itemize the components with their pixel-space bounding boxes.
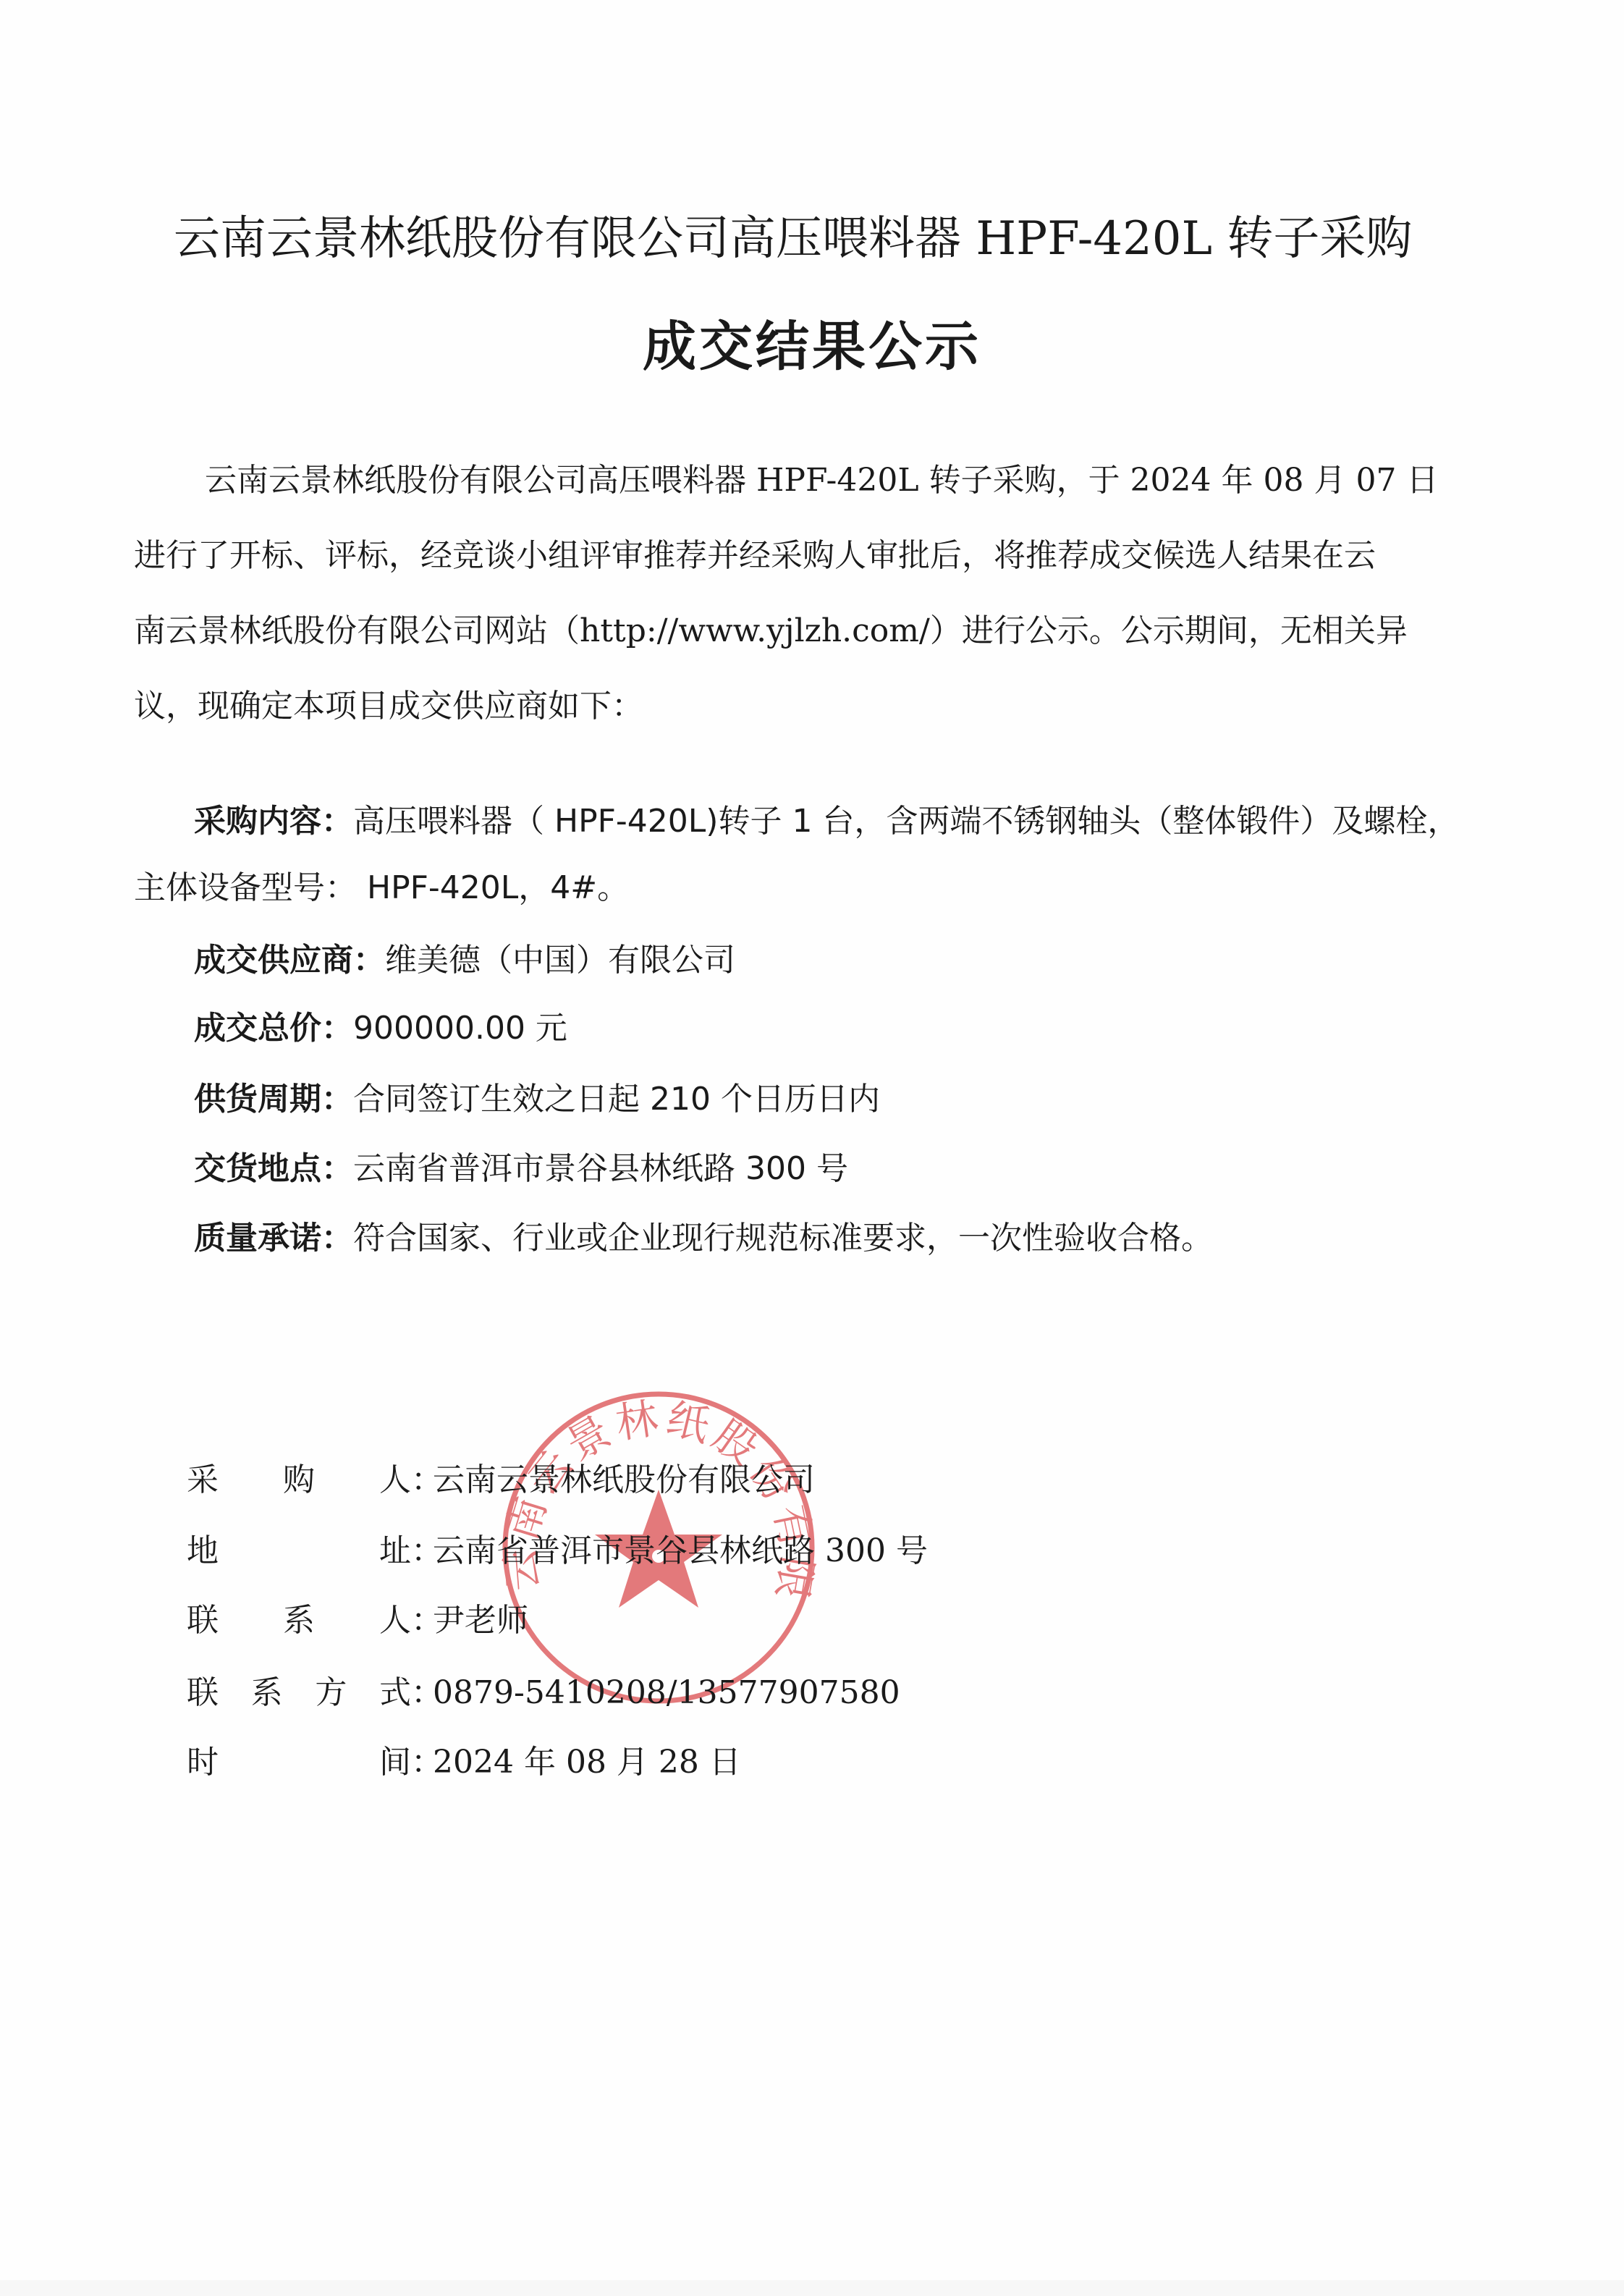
intro-paragraph: 云南云景林纸股份有限公司高压喂料器 HPF-420L 转子采购，于 2024 年… [134, 443, 1458, 744]
detail-value: 主体设备型号： HPF-420L，4#。 [134, 869, 629, 906]
detail-total-price: 成交总价：900000.00 元 [194, 1002, 567, 1048]
sig-label: 时 间 [187, 1736, 411, 1782]
intro-line: 南云景林纸股份有限公司网站（http://www.yjlzh.com/）进行公示… [134, 594, 1458, 669]
detail-value: 符合国家、行业或企业现行规范标准要求，一次性验收合格。 [353, 1220, 1213, 1257]
signature-date: 时 间 ： 2024 年 08 月 28 日 [187, 1736, 741, 1782]
detail-label: 成交供应商： [194, 942, 385, 979]
signature-purchaser: 采 购 人 ： 云南云景林纸股份有限公司 [187, 1453, 815, 1500]
detail-label: 采购内容： [194, 803, 353, 840]
detail-label: 供货周期： [194, 1081, 353, 1118]
sig-label: 地 址 [187, 1524, 411, 1571]
title-line-2: 成交结果公示 [0, 304, 1624, 381]
detail-quality-commitment: 质量承诺：符合国家、行业或企业现行规范标准要求，一次性验收合格。 [194, 1212, 1213, 1258]
detail-purchase-content: 采购内容：高压喂料器（ HPF-420L)转子 1 台，含两端不锈钢轴头（整体锻… [194, 795, 1459, 841]
sig-value: 尹老师 [433, 1594, 528, 1640]
detail-value: 合同签订生效之日起 210 个日历日内 [353, 1081, 880, 1118]
detail-label: 成交总价： [194, 1010, 353, 1047]
intro-line: 云南云景林纸股份有限公司高压喂料器 HPF-420L 转子采购，于 2024 年… [134, 443, 1458, 518]
signature-contact-person: 联 系 人 ： 尹老师 [187, 1594, 528, 1640]
scan-bottom-edge [0, 2280, 1624, 2296]
detail-label: 质量承诺： [194, 1220, 353, 1257]
sig-value: 0879-5410208/13577907580 [433, 1674, 900, 1711]
sig-value: 云南云景林纸股份有限公司 [433, 1453, 815, 1500]
sig-label: 采 购 人 [187, 1453, 411, 1500]
sig-label: 联 系 方 式 [187, 1666, 411, 1713]
detail-supplier: 成交供应商：维美德（中国）有限公司 [194, 934, 735, 980]
sig-value: 2024 年 08 月 28 日 [433, 1736, 741, 1782]
intro-line: 议，现确定本项目成交供应商如下： [134, 669, 1458, 744]
detail-delivery-period: 供货周期：合同签订生效之日起 210 个日历日内 [194, 1073, 880, 1119]
detail-delivery-location: 交货地点：云南省普洱市景谷县林纸路 300 号 [194, 1142, 848, 1189]
detail-value: 云南省普洱市景谷县林纸路 300 号 [353, 1150, 848, 1187]
signature-contact-phone: 联 系 方 式 ： 0879-5410208/13577907580 [187, 1666, 900, 1713]
detail-value: 高压喂料器（ HPF-420L)转子 1 台，含两端不锈钢轴头（整体锻件）及螺栓… [353, 803, 1459, 840]
title-line-1: 云南云景林纸股份有限公司高压喂料器 HPF-420L 转子采购 [174, 201, 1455, 268]
sig-value: 云南省普洱市景谷县林纸路 300 号 [433, 1524, 928, 1571]
intro-line: 进行了开标、评标，经竞谈小组评审推荐并经采购人审批后，将推荐成交候选人结果在云 [134, 518, 1458, 594]
detail-value: 900000.00 元 [353, 1010, 567, 1047]
sig-label: 联 系 人 [187, 1594, 411, 1640]
detail-model-continuation: 主体设备型号： HPF-420L，4#。 [134, 861, 629, 908]
document-page: 云南云景林纸股份有限公司高压喂料器 HPF-420L 转子采购 成交结果公示 云… [0, 0, 1624, 2296]
detail-value: 维美德（中国）有限公司 [385, 942, 735, 979]
detail-label: 交货地点： [194, 1150, 353, 1187]
signature-address: 地 址 ： 云南省普洱市景谷县林纸路 300 号 [187, 1524, 928, 1571]
